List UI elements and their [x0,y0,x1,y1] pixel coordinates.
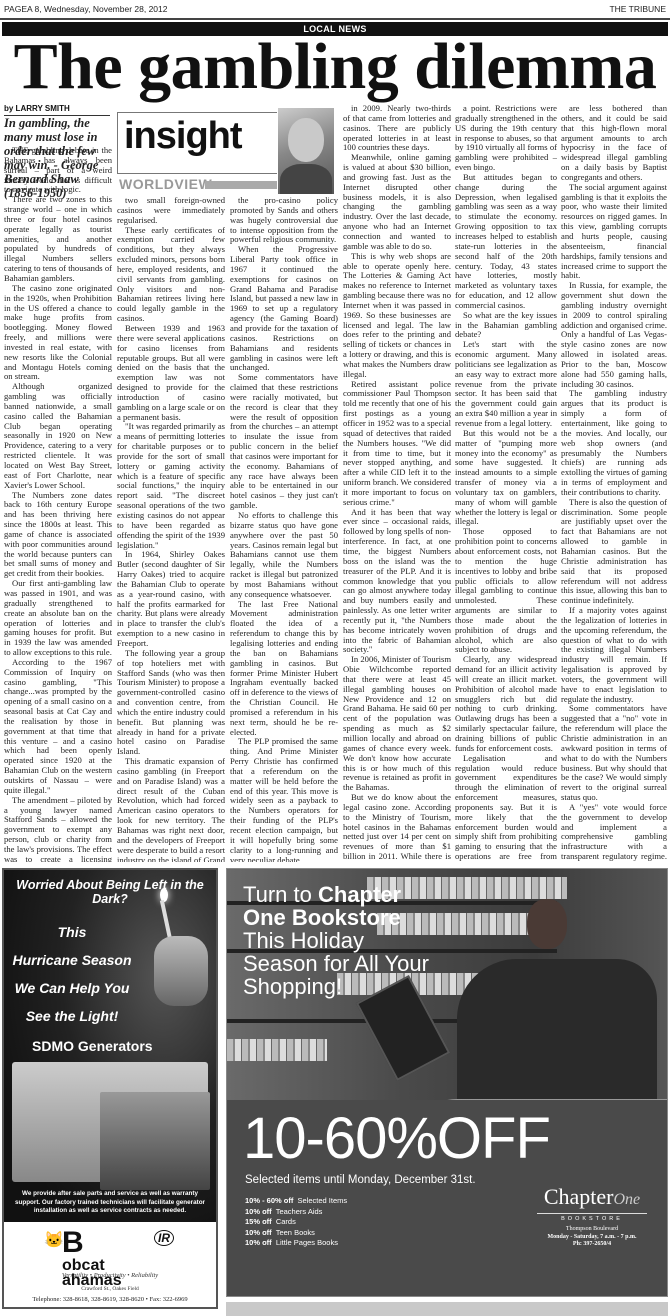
article-paragraph: There are two zones to this strange worl… [4,195,112,284]
article-paragraph: Some commentators have claimed that thes… [230,373,338,511]
offer-list: 10% - 60% off Selected Items 10% off Tea… [245,1196,347,1249]
article-paragraph: The following year a group of top hoteli… [117,649,225,757]
offer-item: 10% off Teen Books [245,1228,347,1239]
article-paragraph: But we do know about the legal casino zo… [343,793,451,862]
offer-item: 10% - 60% off Selected Items [245,1196,347,1207]
article-paragraph: There is also the question of discrimina… [561,498,667,606]
article-paragraph: two small foreign-owned casinos were imm… [117,196,225,226]
article-column-6: are less bothered than others, and it co… [561,104,667,862]
ad-generator-product: SDMO Generators [32,1038,153,1054]
article-paragraph: In 1964, Shirley Oakes Butler (second da… [117,550,225,648]
article-paragraph: Retired assistant police commissioner Pa… [343,380,451,508]
article-paragraph: The amendment – piloted by a young lawye… [4,796,112,862]
insight-logo: insight [124,117,242,155]
article-paragraph: Those opposed to prohibition point to co… [455,527,557,655]
discount-period: Selected items until Monday, December 31… [245,1174,476,1186]
article-column-1: THE gambling debate in the Bahamas has a… [4,146,112,862]
bookstore-headline: Turn to Chapter One Bookstore This Holid… [243,883,429,998]
article-headline: The gambling dilemma [0,34,670,100]
article-paragraph: And it has been that way ever since – oc… [343,508,451,656]
worldview-label: WORLDVIEW [119,176,212,192]
ir-logo-icon: IR [154,1230,174,1246]
article-paragraph: The PLP promised the same thing. And Pri… [230,737,338,862]
article-paragraph: This is why web shops are able to operat… [343,252,451,380]
ad-generator-address: Crawford St., Oakes Field [4,1286,216,1292]
match-stick-icon [160,900,172,940]
article-paragraph: According to the 1967 Commission of Inqu… [4,658,112,796]
article-paragraph: In 2006, Minister of Tourism Obie Wilchc… [343,655,451,793]
offer-item: 10% off Little Pages Books [245,1238,347,1249]
article-paragraph: a point. Restrictions were gradually str… [455,104,557,173]
ad-generator-headline: Worried About Being Left in the Dark? [4,878,216,906]
page-folio: PAGEA 8, Wednesday, November 28, 2012 TH… [4,4,666,18]
article-paragraph: Legalisation and regulation would reduce… [455,754,557,862]
article-paragraph: A "yes" vote would force the government … [561,803,667,862]
header-rule [0,18,670,20]
article-paragraph: THE gambling debate in the Bahamas has a… [4,146,112,195]
article-paragraph: Although organized gambling was official… [4,382,112,490]
article-paragraph: When the Progressive Liberal Party took … [230,245,338,373]
article-paragraph: in 2009. Nearly two-thirds of that came … [343,104,451,153]
hand-icon [154,936,208,1006]
article-column-5: a point. Restrictions were gradually str… [455,104,557,862]
insight-logo-box: insight [117,112,277,174]
article-paragraph: The social argument against gambling is … [561,183,667,281]
article-paragraph: "It was regarded primarily as a means of… [117,422,225,550]
bookstore-advertisement-offers[interactable]: 10-60%OFF Selected items until Monday, D… [226,1100,668,1297]
article-paragraph: Clearly, any widespread demand for an il… [455,655,557,753]
article-column-4: in 2009. Nearly two-thirds of that came … [343,104,451,862]
offer-item: 10% off Teachers Aids [245,1207,347,1218]
ad-generator-service-text: We provide after sale parts and service … [10,1190,210,1216]
article-paragraph: Between 1939 and 1963 there were several… [117,324,225,422]
article-paragraph: Some commentators have suggested that a … [561,704,667,802]
article-paragraph: Our first anti-gambling law was passed i… [4,579,112,658]
article-column-2: two small foreign-owned casinos were imm… [117,196,225,862]
folio-date: PAGEA 8, Wednesday, November 28, 2012 [4,4,167,18]
chapter-one-logo: ChapterOne BOOKSTORE Thompson Boulevard … [537,1186,647,1249]
folio-paper-name: THE TRIBUNE [609,4,666,18]
bobcat-bahamas-logo: B obcat ahamas [62,1228,122,1288]
article-paragraph: The last Free National Movement administ… [230,600,338,738]
ad-generator-tagline: Versatility • Productivity • Reliability [4,1272,216,1279]
footer-bar [226,1302,668,1316]
article-paragraph: are less bothered than others, and it co… [561,104,667,183]
article-paragraph: Meanwhile, online gaming is valued at ab… [343,153,451,251]
article-paragraph: No efforts to challenge this bizarre sta… [230,511,338,600]
article-paragraph: The Numbers zone dates back to 16th cent… [4,491,112,580]
ad-generator-telephone: Telephone: 328-8618, 328-8619, 328-8620 … [4,1296,216,1303]
article-paragraph: the pro-casino policy promoted by Sands … [230,196,338,245]
bobcat-logo-icon: 🐱 [44,1230,64,1250]
offer-item: 15% off Cards [245,1217,347,1228]
ad-generator-slogan: This Hurricane Season We Can Help You Se… [12,918,132,1030]
article-paragraph: The gambling industry argues that its pr… [561,389,667,497]
article-paragraph: But this would not be a matter of "pumpi… [455,429,557,527]
worldview-bar [205,181,277,189]
article-paragraph: If a majority votes against the legaliza… [561,606,667,704]
generator-engine-image [100,1092,210,1190]
article-paragraph: In Russia, for example, the government s… [561,281,667,389]
article-paragraph: The casino zone originated in the 1920s,… [4,284,112,382]
article-paragraph: But attitudes began to change during the… [455,173,557,311]
article-paragraph: This dramatic expansion of casino gambli… [117,757,225,862]
byline: by LARRY SMITH [4,104,110,116]
article-column-3: the pro-casino policy promoted by Sands … [230,196,338,862]
author-photo [278,108,334,194]
generator-advertisement[interactable]: Worried About Being Left in the Dark? Th… [2,868,218,1309]
store-info: Thompson Boulevard Monday - Saturday, 7 … [537,1226,647,1249]
man-head-image [527,899,567,949]
article-paragraph: So what are the key issues in the Bahami… [455,311,557,341]
article-paragraph: Let's start with the economic argument. … [455,340,557,429]
article-paragraph: These early certificates of exemption ca… [117,226,225,324]
discount-banner: 10-60%OFF [243,1110,550,1168]
